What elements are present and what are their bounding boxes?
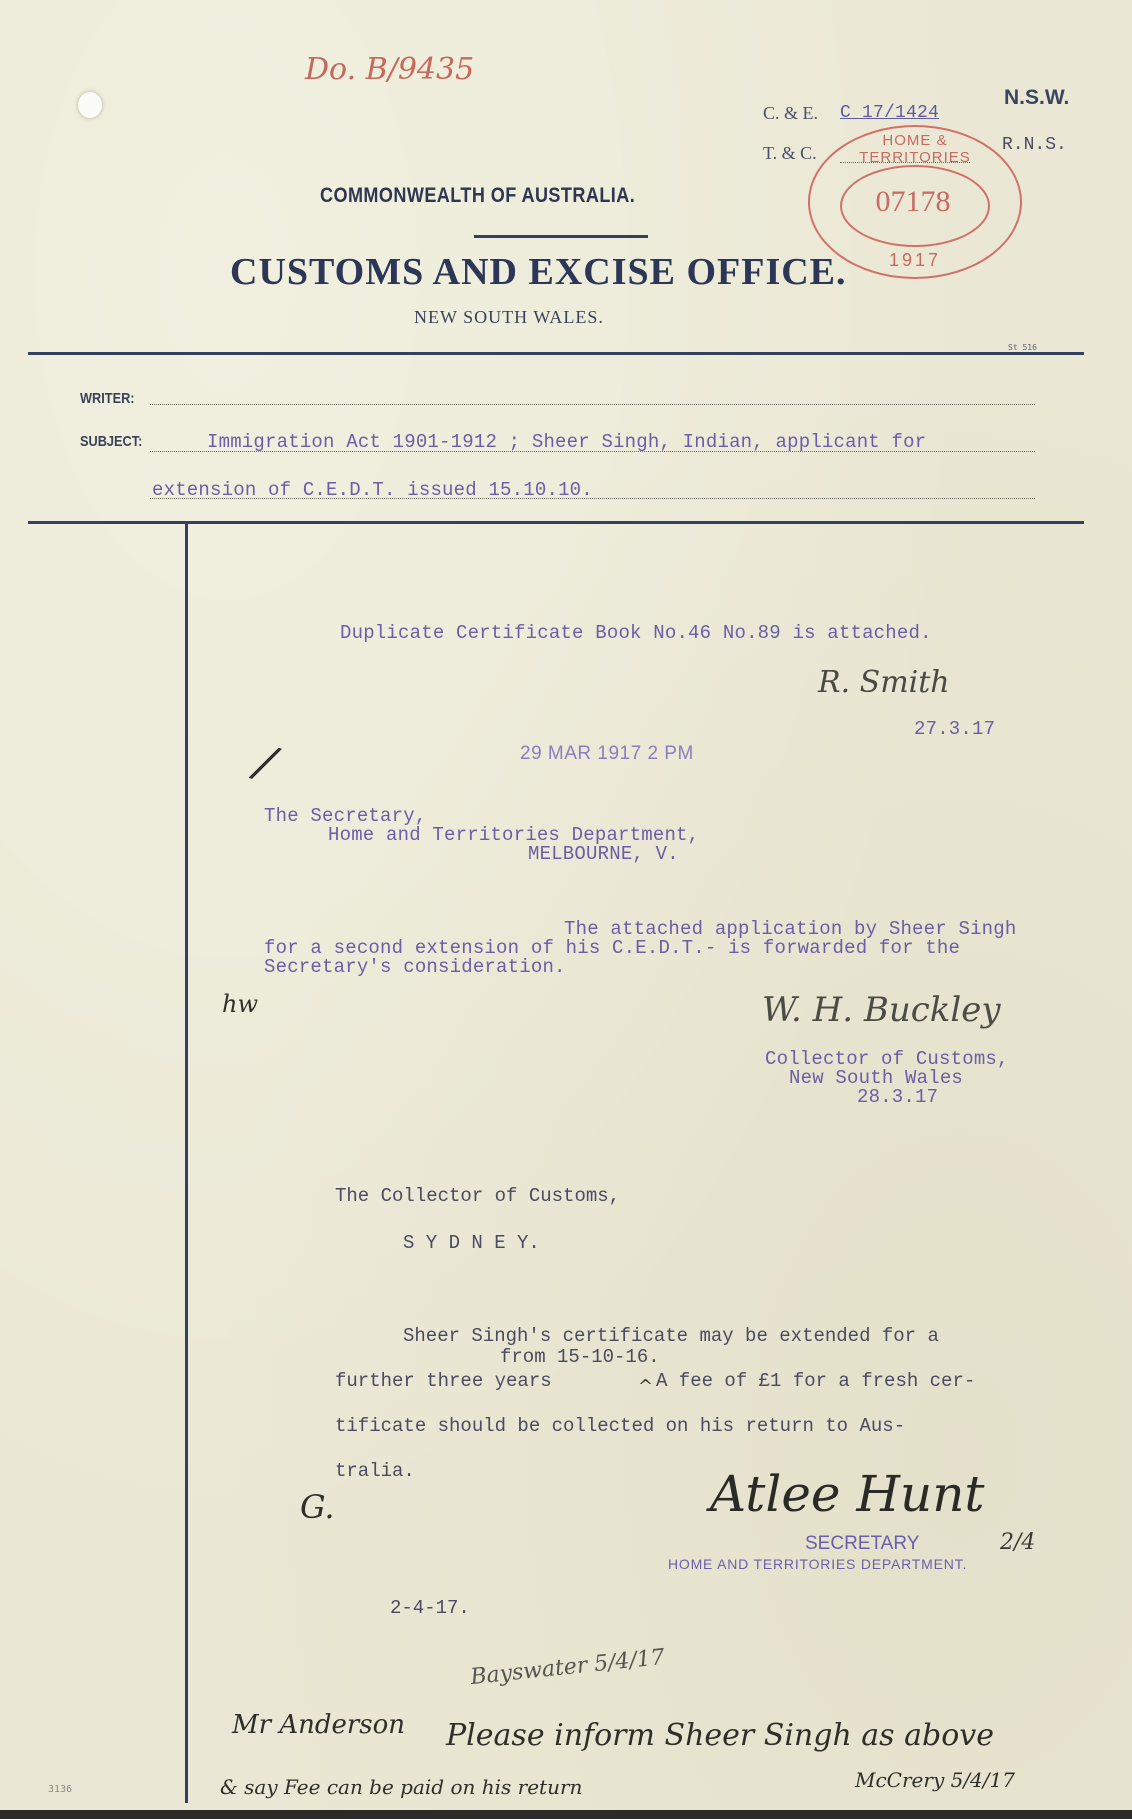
checkmark-annotation: / [250,734,281,790]
writer-label: WRITER: [80,390,135,407]
handwritten-footer-line3: & say Fee can be paid on his return [220,1775,582,1799]
letter2-body-2b: A fee of £1 for a fresh cer- [656,1370,975,1392]
letter2-date: 2-4-17. [390,1597,470,1619]
received-stamp-number: 07178 [850,185,976,219]
letter1-signature: W. H. Buckley [762,990,1001,1030]
letter2-signature: Atlee Hunt [710,1465,985,1523]
initial-annotation: hw [222,990,258,1018]
subject-rule-2 [150,498,1035,499]
received-stamp-dept: HOME & TERRITORIES [835,132,995,166]
letter1-addressee-3: MELBOURNE, V. [528,843,679,865]
handwritten-footer-signature: McCrery 5/4/17 [855,1768,1015,1792]
writer-field[interactable] [150,404,1035,405]
ce-ref-label: C. & E. [763,103,818,124]
letter2-body-2: further three years [335,1370,552,1392]
form-number: St 516 [1008,343,1037,352]
letter2-addressee-2: S Y D N E Y. [403,1232,540,1254]
letter1-body-3: Secretary's consideration. [264,956,566,978]
rns-label: R.N.S. [1002,135,1067,155]
letter2-signature-date: 2/4 [1000,1530,1035,1555]
tc-ref-label: T. & C. [763,143,817,164]
letter2-body-4: tralia. [335,1460,415,1482]
commonwealth-heading: COMMONWEALTH OF AUSTRALIA. [320,184,635,208]
region-heading: NEW SOUTH WALES. [414,307,604,328]
secretary-stamp-dept: HOME AND TERRITORIES DEPARTMENT. [668,1556,967,1572]
minute-date: 27.3.17 [914,718,995,740]
letter2-body-1: Sheer Singh's certificate may be extende… [403,1325,939,1347]
subject-rule-1 [150,451,1035,452]
date-received-stamp: 29 MAR 1917 2 PM [520,743,694,765]
handwritten-footer-line2a: Mr Anderson [232,1710,405,1740]
state-label: N.S.W. [1004,86,1069,110]
margin-line [185,523,188,1803]
page-code: 3136 [48,1784,72,1795]
letter1-sign-date: 28.3.17 [857,1086,938,1108]
received-stamp-year: 1917 [860,250,970,271]
file-number-note: Do. B/9435 [305,52,474,87]
ce-ref-value: C 17/1424 [840,103,939,123]
handwritten-footer-line2b: Please inform Sheer Singh as above [446,1718,994,1753]
secretary-stamp-title: SECRETARY [805,1533,919,1555]
heading-divider [474,235,648,238]
subject-line-1: Immigration Act 1901-1912 ; Sheer Singh,… [207,431,926,453]
punch-hole [78,92,102,118]
minute-attached-note: Duplicate Certificate Book No.46 No.89 i… [340,622,932,644]
insertion-caret: ^ [638,1376,653,1397]
subject-label: SUBJECT: [80,433,142,450]
initial-annotation-2: G. [300,1488,335,1526]
header-rule [28,352,1084,355]
letter2-insertion: from 15-10-16. [500,1346,660,1368]
letter2-addressee-1: The Collector of Customs, [335,1185,620,1207]
office-heading: CUSTOMS AND EXCISE OFFICE. [230,250,847,294]
minute-signature: R. Smith [818,665,950,700]
letter2-body-3: tificate should be collected on his retu… [335,1415,905,1437]
handwritten-footer-line1: Bayswater 5/4/17 [469,1645,666,1690]
page-bottom-edge [0,1810,1132,1819]
